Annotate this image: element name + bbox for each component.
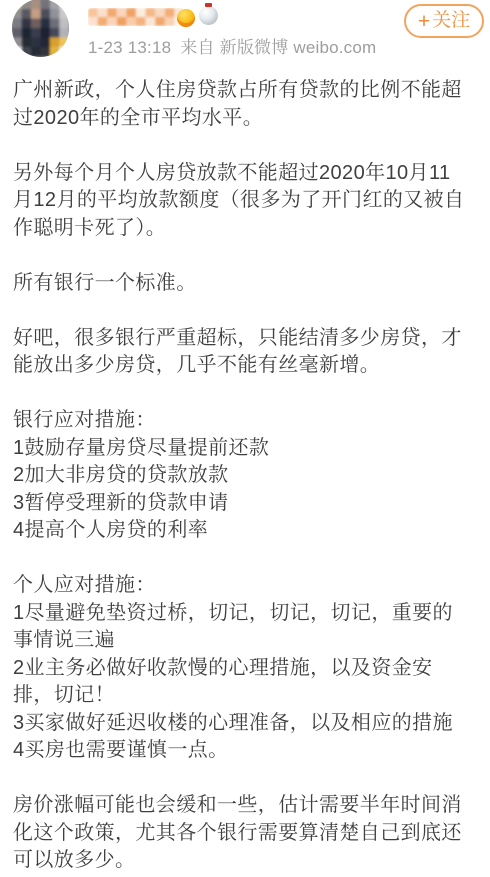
silver-ball-emoji xyxy=(199,6,218,25)
avatar-mosaic xyxy=(12,0,69,57)
post-meta: 1-23 13:18来自 新版微博 weibo.com xyxy=(88,33,376,58)
follow-button[interactable]: +关注 xyxy=(404,4,484,38)
post-header: 1-23 13:18来自 新版微博 weibo.com +关注 xyxy=(0,0,490,62)
post-paragraph: 另外每个月个人房贷放款不能超过2020年10月11 月12月的平均放款额度（很多… xyxy=(13,160,477,243)
post-paragraph: 广州新政，个人住房贷款占所有贷款的比例不能超 过2020年的全市平均水平。 xyxy=(13,77,477,132)
post-timestamp: 1-23 13:18 xyxy=(88,38,171,57)
plus-icon: + xyxy=(418,11,430,32)
chick-emoji xyxy=(177,9,195,27)
user-avatar[interactable] xyxy=(12,0,69,57)
post-source: 来自 新版微博 weibo.com xyxy=(180,38,376,57)
post-paragraph: 房价涨幅可能也会缓和一些，估计需要半年时间消 化这个政策，尤其各个银行需要算清楚… xyxy=(13,792,477,875)
weibo-post-screen: 1-23 13:18来自 新版微博 weibo.com +关注 广州新政，个人住… xyxy=(0,0,490,877)
follow-button-label: 关注 xyxy=(432,6,470,36)
post-paragraph: 好吧，很多银行严重超标，只能结清多少房贷，才 能放出多少房贷，几乎不能有丝毫新增… xyxy=(13,325,477,380)
post-paragraph-bank-measures: 银行应对措施： 1鼓励存量房贷尽量提前还款 2加大非房贷的贷款放款 3暂停受理新… xyxy=(13,407,477,545)
username-censored xyxy=(88,8,184,26)
username-row[interactable] xyxy=(88,7,218,27)
post-paragraph: 所有银行一个标准。 xyxy=(13,270,477,298)
post-paragraph-personal-measures: 个人应对措施： 1尽量避免垫资过桥，切记，切记，切记，重要的 事情说三遍 2业主… xyxy=(13,572,477,765)
post-body: 广州新政，个人住房贷款占所有贷款的比例不能超 过2020年的全市平均水平。 另外… xyxy=(0,62,490,875)
